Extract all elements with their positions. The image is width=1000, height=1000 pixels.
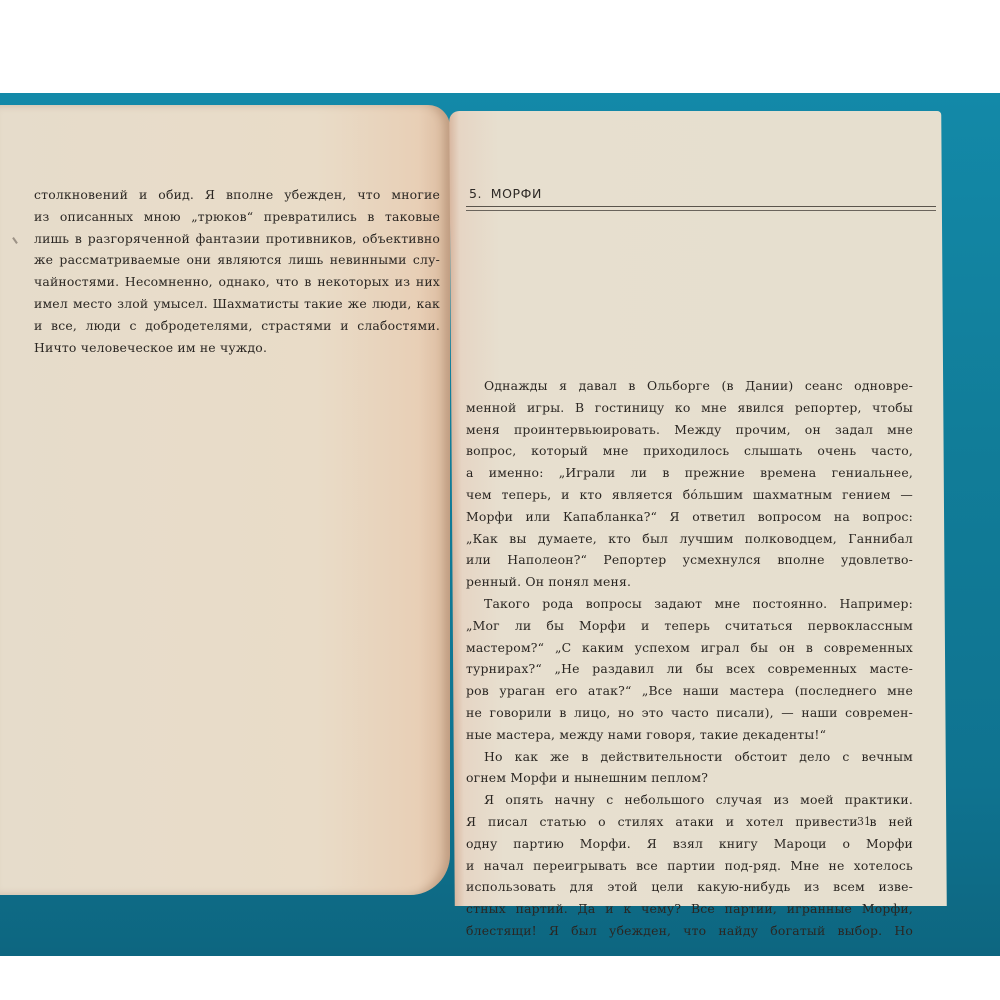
text-line: огнем Морфи и нынешним пеплом? bbox=[466, 767, 913, 789]
text-line: Однажды я давал в Ольборге (в Дании) сеа… bbox=[466, 375, 913, 397]
text-line: столкновений и обид. Я вполне убежден, ч… bbox=[34, 184, 440, 206]
text-line: вопрос, который мне приходилось слышать … bbox=[466, 440, 913, 462]
chapter-number: 5. bbox=[469, 186, 482, 201]
text-line: „Мог ли бы Морфи и теперь считаться перв… bbox=[466, 615, 913, 637]
chapter-title: МОРФИ bbox=[491, 186, 542, 201]
text-line: чем теперь, и кто является бóльшим шахма… bbox=[466, 484, 913, 506]
text-line: Такого рода вопросы задают мне постоянно… bbox=[466, 593, 913, 615]
text-line: же рассматриваемые они являются лишь нев… bbox=[34, 249, 440, 271]
text-line: лишь в разгоряченной фантазии противнико… bbox=[34, 228, 440, 250]
text-line: Я писал статью о стилях атаки и хотел пр… bbox=[466, 811, 913, 833]
text-line: стных партий. Да и к чему? Все партии, и… bbox=[466, 898, 913, 920]
text-line: а именно: „Играли ли в прежние времена г… bbox=[466, 462, 913, 484]
chapter-rule bbox=[466, 206, 936, 211]
text-line: ренный. Он понял меня. bbox=[466, 571, 913, 593]
text-line: одну партию Морфи. Я взял книгу Мароци о… bbox=[466, 833, 913, 855]
text-line: „Как вы думаете, кто был лучшим полковод… bbox=[466, 528, 913, 550]
text-line: меня проинтервьюировать. Между прочим, о… bbox=[466, 419, 913, 441]
page-number: 31 bbox=[857, 815, 871, 828]
text-line: Я опять начну с небольшого случая из мое… bbox=[466, 789, 913, 811]
text-line: Морфи или Капабланка?“ Я ответил вопросо… bbox=[466, 506, 913, 528]
text-line: Но как же в действительности обстоит дел… bbox=[466, 746, 913, 768]
text-line: или Наполеон?“ Репортер усмехнулся вполн… bbox=[466, 549, 913, 571]
left-page-text: столкновений и обид. Я вполне убежден, ч… bbox=[34, 184, 440, 358]
text-line: Ничто человеческое им не чуждо. bbox=[34, 337, 440, 359]
text-line: чайностями. Несомненно, однако, что в не… bbox=[34, 271, 440, 293]
text-line: ные мастера, между нами говоря, такие де… bbox=[466, 724, 913, 746]
text-line: и все, люди с добродетелями, страстями и… bbox=[34, 315, 440, 337]
text-line: турнирах?“ „Не раздавил ли бы всех совре… bbox=[466, 658, 913, 680]
right-page-text: Однажды я давал в Ольборге (в Дании) сеа… bbox=[466, 375, 913, 942]
text-line: из описанных мною „трюков“ превратились … bbox=[34, 206, 440, 228]
chapter-heading: 5. МОРФИ bbox=[469, 186, 542, 201]
text-line: блестящи! Я был убежден, что найду богат… bbox=[466, 920, 913, 942]
text-line: и начал переигрывать все партии под-ряд.… bbox=[466, 855, 913, 877]
text-line: менной игры. В гостиницу ко мне явился р… bbox=[466, 397, 913, 419]
text-line: имел место злой умысел. Шахматисты такие… bbox=[34, 293, 440, 315]
text-line: использовать для этой цели какую-нибудь … bbox=[466, 876, 913, 898]
text-line: ров ураган его атак?“ „Все наши мастера … bbox=[466, 680, 913, 702]
text-line: мастером?“ „С каким успехом играл бы он … bbox=[466, 637, 913, 659]
text-line: не говорили в лицо, но это часто писали)… bbox=[466, 702, 913, 724]
